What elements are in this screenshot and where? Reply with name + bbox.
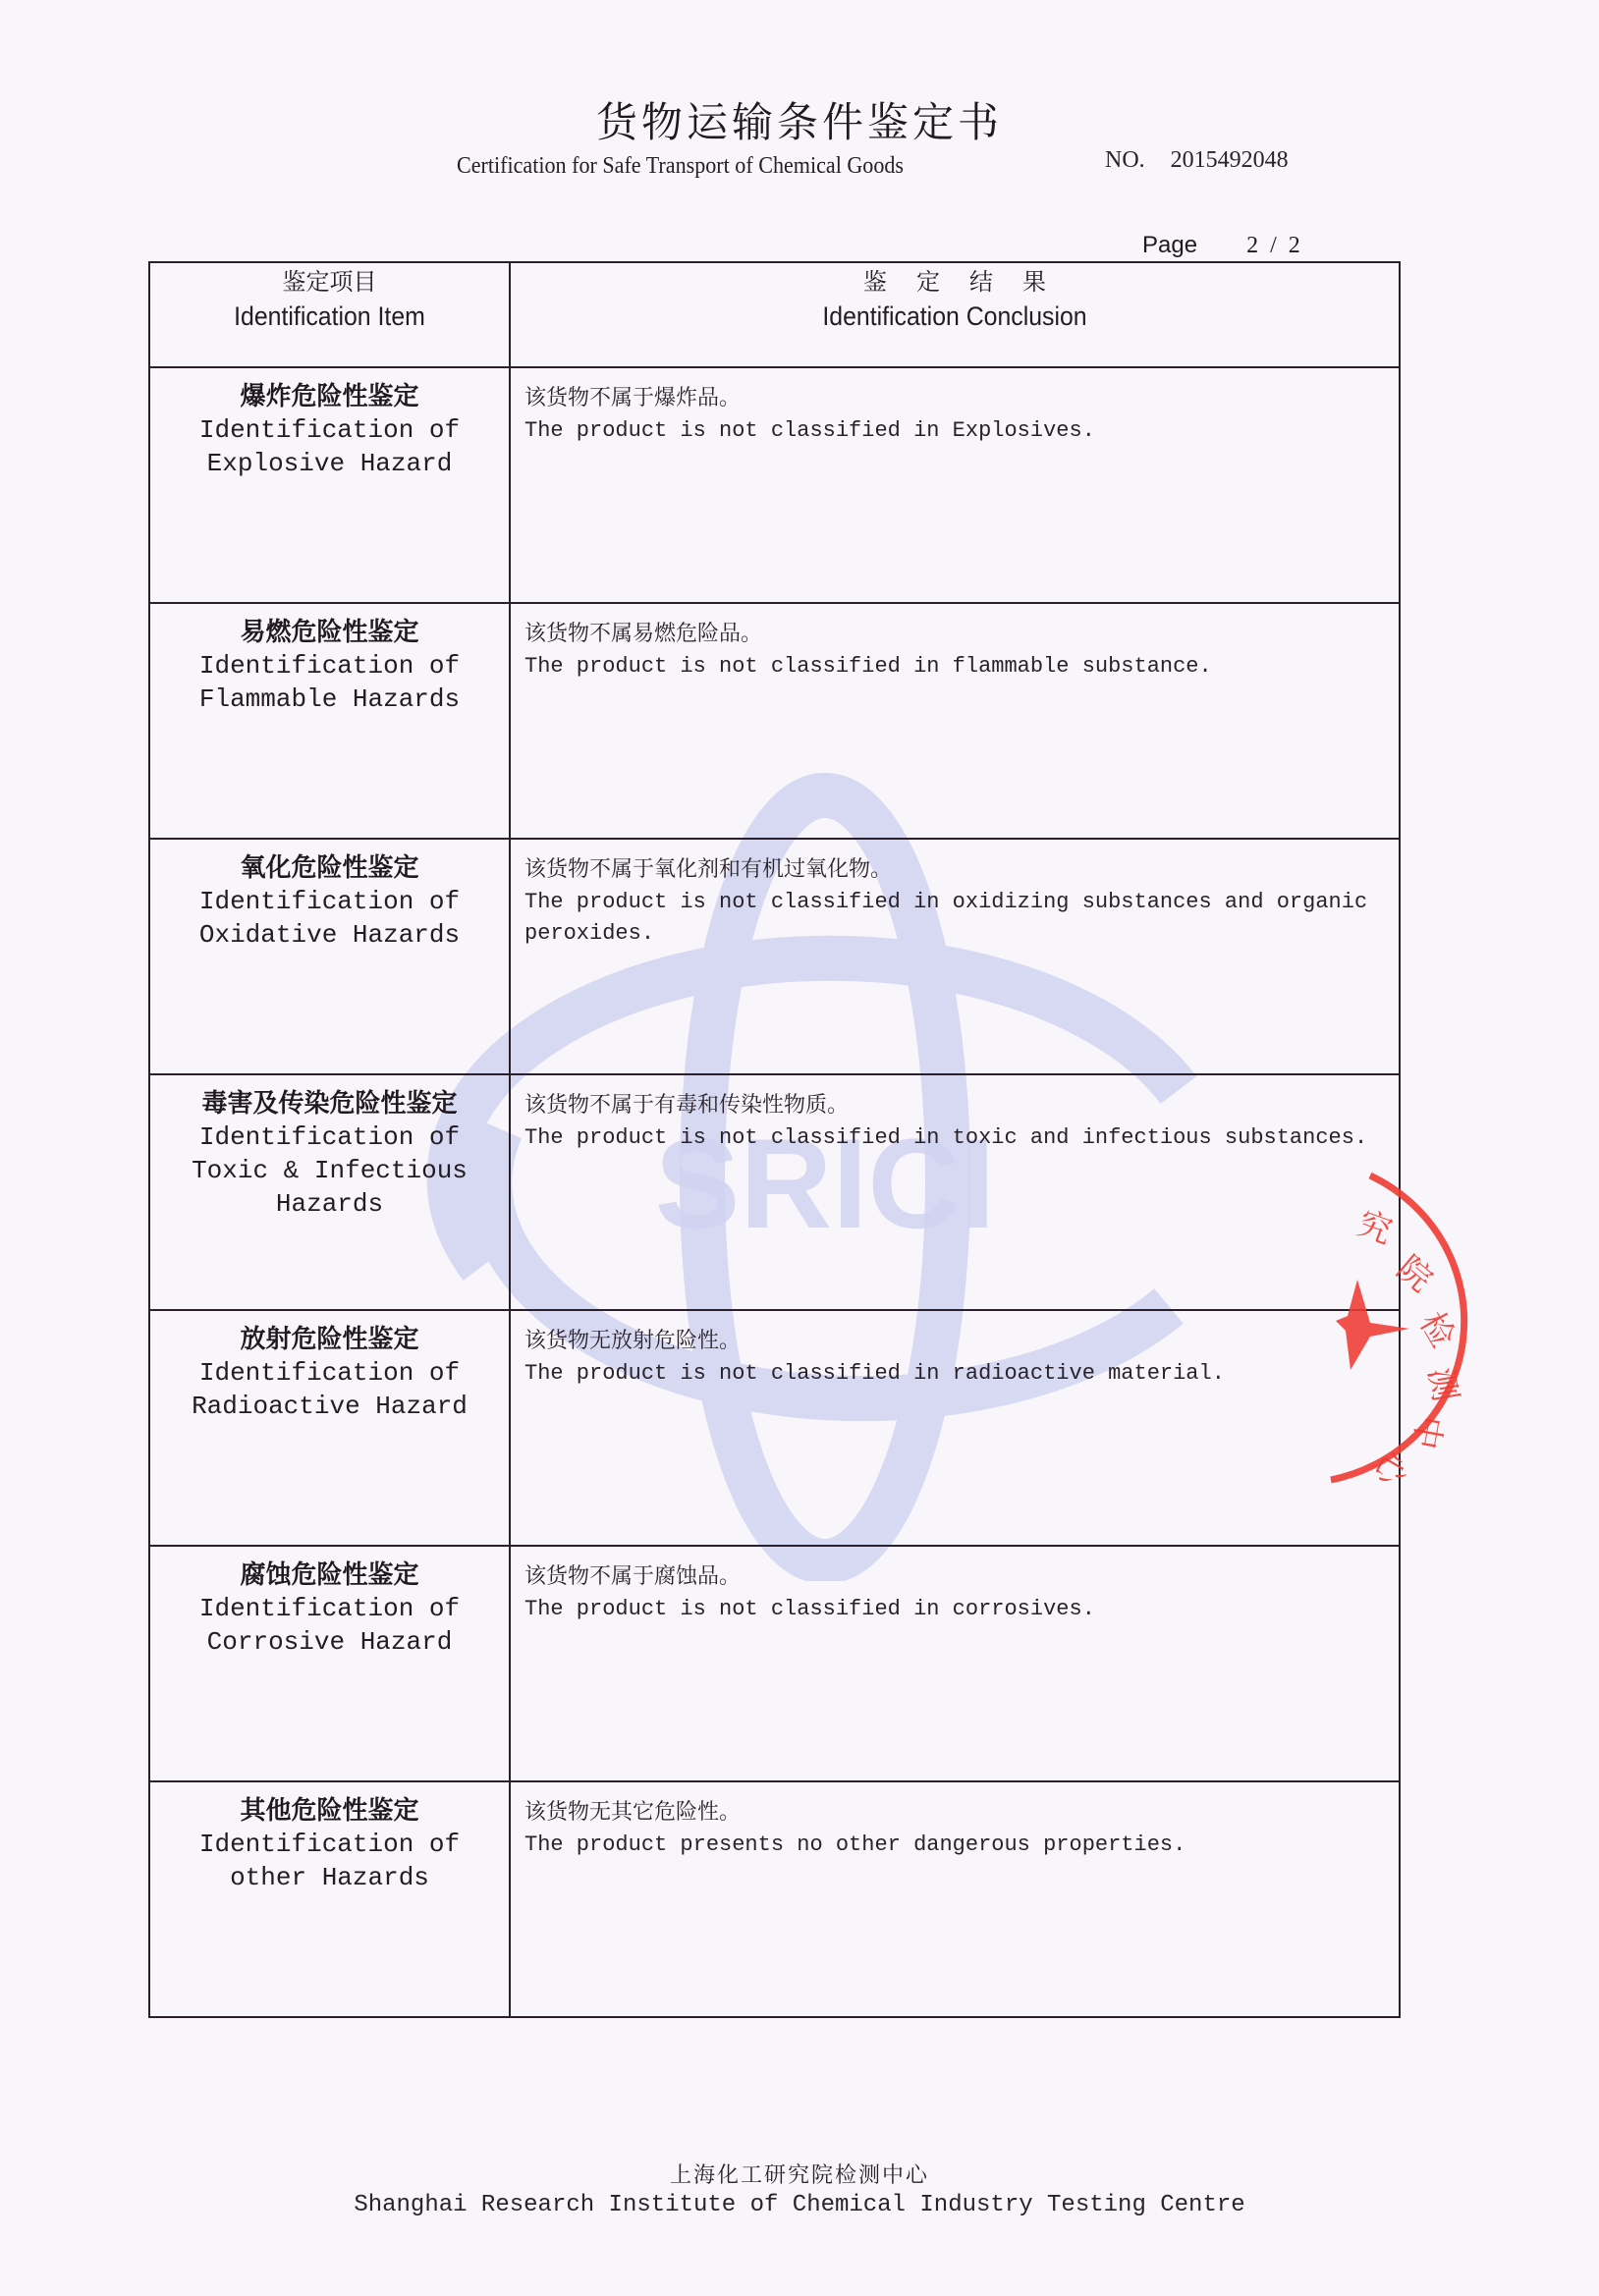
item-name-en: Identification of Flammable Hazards <box>151 649 508 716</box>
item-name-cn: 其他危险性鉴定 <box>151 1794 508 1828</box>
certificate-number: NO.2015492048 <box>1105 147 1289 174</box>
column-header-item-en: Identification Item <box>166 300 494 333</box>
conclusion-text-en: The product is not classified in toxic a… <box>524 1122 1385 1154</box>
conclusion-text-en: The product presents no other dangerous … <box>524 1830 1385 1861</box>
footer-organization-en: Shanghai Research Institute of Chemical … <box>0 2192 1599 2218</box>
identification-conclusion-cell: 该货物不属于爆炸品。 The product is not classified… <box>510 367 1400 603</box>
conclusion-text-en: The product is not classified in corrosi… <box>524 1594 1385 1625</box>
identification-item-cell: 毒害及传染危险性鉴定 Identification of Toxic & Inf… <box>149 1074 510 1310</box>
identification-item-cell: 其他危险性鉴定 Identification of other Hazards <box>149 1781 510 2017</box>
conclusion-text-en: The product is not classified in Explosi… <box>524 415 1385 447</box>
conclusion-text-cn: 该货物不属易燃危险品。 <box>524 618 1385 651</box>
identification-conclusion-cell: 该货物无放射危险性。 The product is not classified… <box>510 1310 1400 1546</box>
item-name-cn: 易燃危险性鉴定 <box>151 616 508 649</box>
certificate-page: SRICI 货物运输条件鉴定书 Certification for Safe T… <box>0 0 1599 2296</box>
identification-item-cell: 腐蚀危险性鉴定 Identification of Corrosive Haza… <box>149 1546 510 1781</box>
table-row: 爆炸危险性鉴定 Identification of Explosive Haza… <box>149 367 1400 603</box>
table-row: 氧化危险性鉴定 Identification of Oxidative Haza… <box>149 839 1400 1074</box>
item-name-en: Identification of other Hazards <box>151 1828 508 1894</box>
item-name-cn: 毒害及传染危险性鉴定 <box>151 1087 508 1121</box>
svg-text:检: 检 <box>1411 1306 1462 1354</box>
table-row: 毒害及传染危险性鉴定 Identification of Toxic & Inf… <box>149 1074 1400 1310</box>
identification-conclusion-cell: 该货物不属于氧化剂和有机过氧化物。 The product is not cla… <box>510 839 1400 1074</box>
conclusion-text-en: The product is not classified in oxidizi… <box>524 887 1385 950</box>
column-header-conclusion-en: Identification Conclusion <box>547 300 1362 333</box>
svg-text:中: 中 <box>1405 1412 1449 1451</box>
conclusion-text-cn: 该货物不属于有毒和传染性物质。 <box>524 1089 1385 1122</box>
conclusion-text-en: The product is not classified in flammab… <box>524 651 1385 683</box>
table-row: 放射危险性鉴定 Identification of Radioactive Ha… <box>149 1310 1400 1546</box>
conclusion-text-cn: 该货物不属于爆炸品。 <box>524 382 1385 415</box>
document-title-cn: 货物运输条件鉴定书 <box>0 90 1599 149</box>
item-name-cn: 放射危险性鉴定 <box>151 1323 508 1356</box>
certificate-number-label: NO. <box>1105 147 1145 173</box>
identification-item-cell: 易燃危险性鉴定 Identification of Flammable Haza… <box>149 603 510 839</box>
item-name-en: Identification of Toxic & Infectious Haz… <box>151 1121 508 1221</box>
conclusion-text-en: The product is not classified in radioac… <box>524 1358 1385 1390</box>
document-title-en: Certification for Safe Transport of Chem… <box>457 153 904 180</box>
item-name-cn: 腐蚀危险性鉴定 <box>151 1558 508 1592</box>
identification-item-cell: 放射危险性鉴定 Identification of Radioactive Ha… <box>149 1310 510 1546</box>
conclusion-text-cn: 该货物无放射危险性。 <box>524 1325 1385 1358</box>
table-row: 其他危险性鉴定 Identification of other Hazards … <box>149 1781 1400 2017</box>
column-header-item: 鉴定项目 Identification Item <box>149 262 510 367</box>
identification-item-cell: 氧化危险性鉴定 Identification of Oxidative Haza… <box>149 839 510 1074</box>
column-header-conclusion: 鉴定结果 Identification Conclusion <box>510 262 1400 367</box>
identification-conclusion-cell: 该货物不属于腐蚀品。 The product is not classified… <box>510 1546 1400 1781</box>
item-name-en: Identification of Corrosive Hazard <box>151 1592 508 1659</box>
conclusion-text-cn: 该货物不属于氧化剂和有机过氧化物。 <box>524 853 1385 887</box>
column-header-conclusion-cn: 鉴定结果 <box>512 264 1398 300</box>
table-row: 易燃危险性鉴定 Identification of Flammable Haza… <box>149 603 1400 839</box>
item-name-en: Identification of Explosive Hazard <box>151 413 508 480</box>
table-header-row: 鉴定项目 Identification Item 鉴定结果 Identifica… <box>149 262 1400 367</box>
identification-conclusion-cell: 该货物不属易燃危险品。 The product is not classifie… <box>510 603 1400 839</box>
certificate-number-value: 2015492048 <box>1171 147 1289 173</box>
conclusion-text-cn: 该货物无其它危险性。 <box>524 1796 1385 1830</box>
item-name-en: Identification of Oxidative Hazards <box>151 885 508 952</box>
column-header-item-cn: 鉴定项目 <box>151 264 508 300</box>
identification-conclusion-cell: 该货物无其它危险性。 The product presents no other… <box>510 1781 1400 2017</box>
item-name-cn: 爆炸危险性鉴定 <box>151 380 508 413</box>
item-name-en: Identification of Radioactive Hazard <box>151 1356 508 1423</box>
identification-table: 鉴定项目 Identification Item 鉴定结果 Identifica… <box>148 261 1401 2018</box>
page-label: Page <box>1142 232 1197 258</box>
identification-item-cell: 爆炸危险性鉴定 Identification of Explosive Haza… <box>149 367 510 603</box>
svg-text:测: 测 <box>1420 1365 1464 1404</box>
identification-conclusion-cell: 该货物不属于有毒和传染性物质。 The product is not class… <box>510 1074 1400 1310</box>
table-row: 腐蚀危险性鉴定 Identification of Corrosive Haza… <box>149 1546 1400 1781</box>
conclusion-text-cn: 该货物不属于腐蚀品。 <box>524 1560 1385 1594</box>
footer-organization-cn: 上海化工研究院检测中心 <box>0 2159 1599 2189</box>
item-name-cn: 氧化危险性鉴定 <box>151 851 508 885</box>
page-indicator: Page2 / 2 <box>1142 232 1303 259</box>
page-value: 2 / 2 <box>1246 233 1303 258</box>
